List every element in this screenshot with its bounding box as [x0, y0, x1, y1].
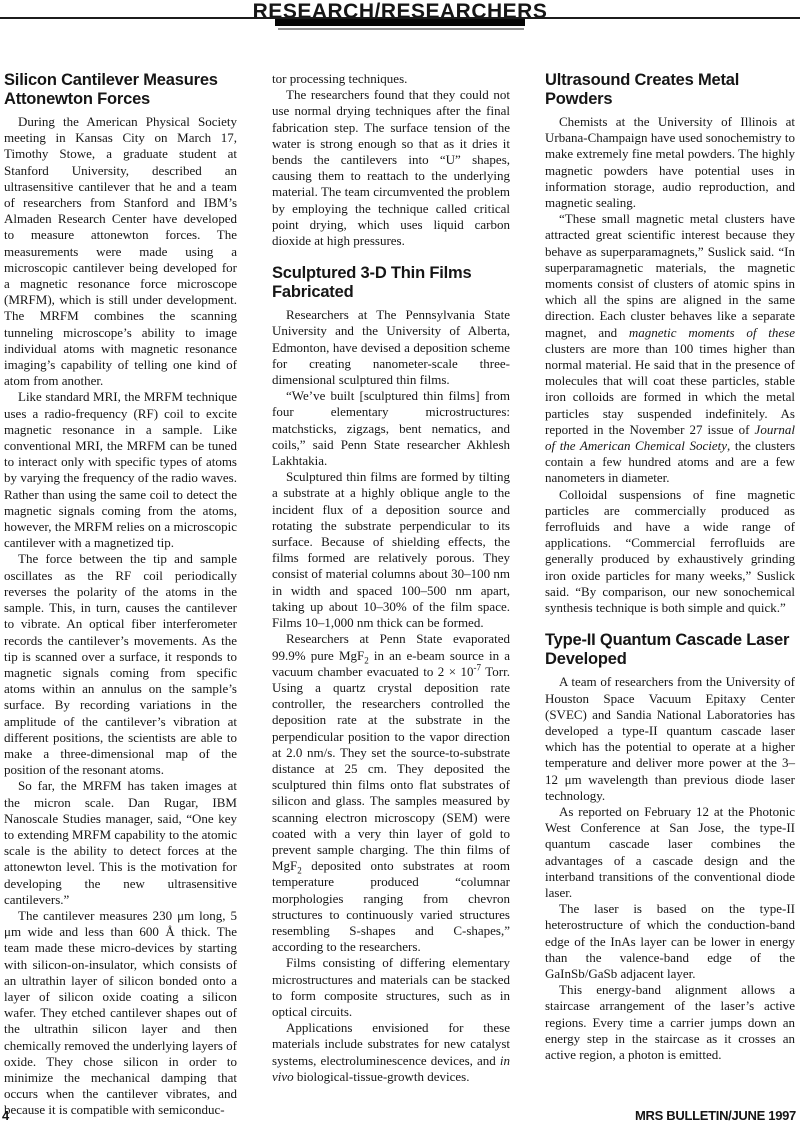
article-paragraph: The researchers found that they could no…: [272, 87, 510, 249]
article-paragraph: The cantilever measures 230 μm long, 5 μ…: [4, 908, 237, 1119]
article-paragraph: Researchers at The Pennsylvania State Un…: [272, 307, 510, 388]
article-paragraph: Applications envisioned for these materi…: [272, 1020, 510, 1085]
article-paragraph: During the American Physical Society mee…: [4, 114, 237, 389]
article-paragraph: As reported on February 12 at the Photon…: [545, 804, 795, 901]
column-left: Silicon Cantilever Measures Attonewton F…: [4, 71, 237, 1119]
article-paragraph: “We’ve built [sculptured thin films] fro…: [272, 388, 510, 469]
article-paragraph: tor processing techniques.: [272, 71, 510, 87]
article-paragraph: The force between the tip and sample osc…: [4, 551, 237, 778]
page-number: 4: [2, 1108, 9, 1123]
article-heading: Type-II Quantum Cascade Laser Developed: [545, 631, 795, 669]
article-paragraph: The laser is based on the type-II hetero…: [545, 901, 795, 982]
article-paragraph: So far, the MRFM has taken images at the…: [4, 778, 237, 908]
column-right: Ultrasound Creates Metal PowdersChemists…: [545, 71, 795, 1119]
article-paragraph: Sculptured thin films are formed by tilt…: [272, 469, 510, 631]
article-paragraph: Colloidal suspensions of fine magnetic p…: [545, 487, 795, 617]
article-paragraph: “These small magnetic metal clusters hav…: [545, 211, 795, 486]
article-paragraph: Films consisting of differing elementary…: [272, 955, 510, 1020]
header-rule-thick: [275, 19, 525, 26]
article-paragraph: This energy-band alignment allows a stai…: [545, 982, 795, 1063]
article-columns: Silicon Cantilever Measures Attonewton F…: [4, 71, 795, 1119]
article-paragraph: Like standard MRI, the MRFM technique us…: [4, 389, 237, 551]
header-rule-shadow: [278, 28, 524, 30]
column-middle: tor processing techniques.The researcher…: [272, 71, 510, 1119]
article-paragraph: Chemists at the University of Illinois a…: [545, 114, 795, 211]
article-heading: Ultrasound Creates Metal Powders: [545, 71, 795, 109]
article-heading: Sculptured 3-D Thin Films Fabricated: [272, 264, 510, 302]
article-paragraph: A team of researchers from the Universit…: [545, 674, 795, 804]
article-paragraph: Researchers at Penn State evaporated 99.…: [272, 631, 510, 955]
article-heading: Silicon Cantilever Measures Attonewton F…: [4, 71, 237, 109]
issue-footer: MRS BULLETIN/JUNE 1997: [635, 1108, 796, 1123]
